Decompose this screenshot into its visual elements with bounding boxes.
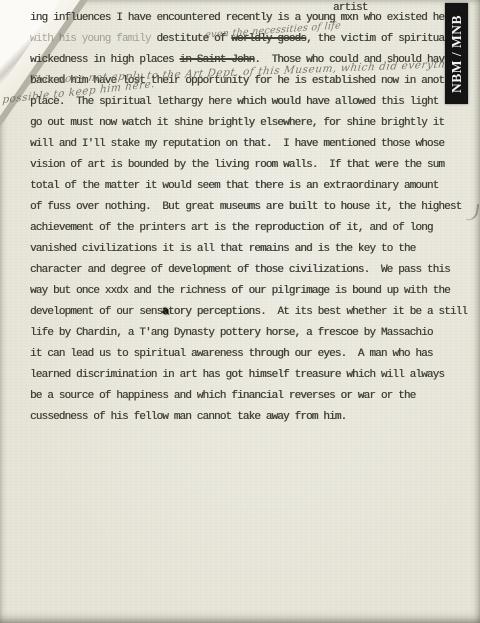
typed-line: character and degree of development of t… [30,260,470,281]
stray-pen-mark [466,202,480,221]
typed-line: cussedness of his fellow man cannot take… [30,407,470,428]
typed-line: way but once xxdx and the richness of ou… [30,281,470,302]
typed-line: life by Chardin, a T'ang Dynasty pottery… [30,323,470,344]
typed-line: learned discrimination in art has got hi… [30,365,470,386]
scanned-document: ing influences I have encountered recent… [0,0,480,623]
archive-label-text: NBM / MNB [449,15,465,93]
archive-label: NBM / MNB [445,3,468,104]
typed-line: go out must now watch it shine brightly … [30,113,470,134]
typed-line: it can lead us to spiritual awareness th… [30,344,470,365]
typed-line: of fuss over nothing. But great museums … [30,197,470,218]
typed-line: vanished civilizations it is all that re… [30,239,470,260]
typed-line: achievement of the printers art is the r… [30,218,470,239]
paper-page: ing influences I have encountered recent… [0,0,480,623]
typed-insertion-artist: artist [333,1,368,15]
typed-line: development of our sensatory perceptions… [30,302,470,323]
typed-line: total of the matter it would seem that t… [30,176,470,197]
typed-line: vision of art is bounded by the living r… [30,155,470,176]
typed-line: will and I'll stake my reputation on tha… [30,134,470,155]
typed-line: be a source of happiness and which finan… [30,386,470,407]
